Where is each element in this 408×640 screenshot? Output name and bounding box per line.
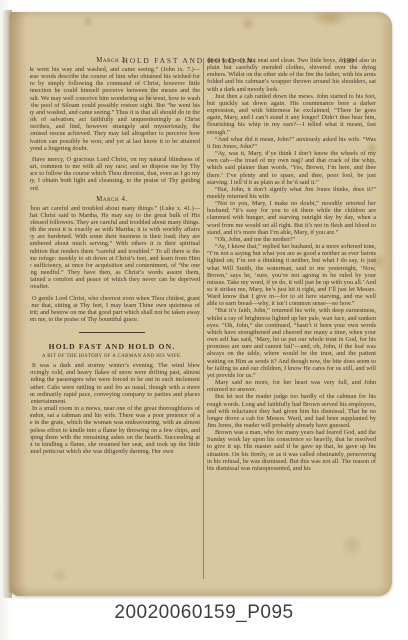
left-column: March 3. “He went his way and washed, an… xyxy=(30,57,200,582)
section-divider-rule xyxy=(79,332,145,333)
story-title: HOLD FAST AND HOLD ON. xyxy=(30,342,200,351)
story-subtitle: A BIT OF THE HISTORY OF A CABMAN AND HIS… xyxy=(30,354,200,359)
story-paragraph: In a small room in a mews, near one of t… xyxy=(30,405,200,455)
march3-heading: March 3. xyxy=(30,57,200,64)
story-paragraph: “And what did it mean, John?” anxiously … xyxy=(207,136,376,150)
book-page: HOLD FAST AND HOLD ON. 139 March 3. “He … xyxy=(10,12,392,596)
march3-prayer: Have mercy, O gracious Lord Christ, on m… xyxy=(30,156,200,192)
right-column: dress was poor, but neat and clean. Two … xyxy=(207,57,376,582)
story-paragraph: Brown was a man, who for many years had … xyxy=(207,429,376,472)
column-divider-rule xyxy=(203,58,204,579)
march4-prayer: O gentle Lord Christ, who cheerest even … xyxy=(30,295,200,324)
march4-heading: March 4. xyxy=(30,196,200,203)
story-paragraph: dress was poor, but neat and clean. Two … xyxy=(207,57,376,93)
march4-entry: “Thou art careful and troubled about man… xyxy=(30,205,200,291)
text-columns: March 3. “He went his way and washed, an… xyxy=(30,57,377,582)
story-paragraph: Just then a cab rattled down the mews. J… xyxy=(207,93,376,136)
story-paragraph: “But, John, it don’t signify what Jim Jo… xyxy=(207,186,376,200)
story-paragraph: “But it’s faith, John,” returned his wif… xyxy=(207,307,376,379)
left-column-text: March 3. “He went his way and washed, an… xyxy=(30,57,200,455)
story-paragraph: But let not the reader judge too hardly … xyxy=(207,393,376,429)
story-paragraph: Mary said no more, for her heart was ver… xyxy=(207,379,376,393)
story-paragraph: “Ay, was it, Mary, d’ye think I don’t kn… xyxy=(207,150,376,186)
story-paragraph: “Oh, John, and me the mother!” xyxy=(207,236,376,243)
story-paragraph: “Ay, I know that,” replied her husband, … xyxy=(207,243,376,307)
story-paragraph: “Not to you, Mary, I make no doubt,” moo… xyxy=(207,200,376,236)
story-paragraph: It was a dark and stormy winter’s evenin… xyxy=(30,362,200,405)
march3-entry: “He went his way and washed, and came se… xyxy=(30,66,200,152)
archive-label: 20020060159_P095 xyxy=(0,602,408,624)
